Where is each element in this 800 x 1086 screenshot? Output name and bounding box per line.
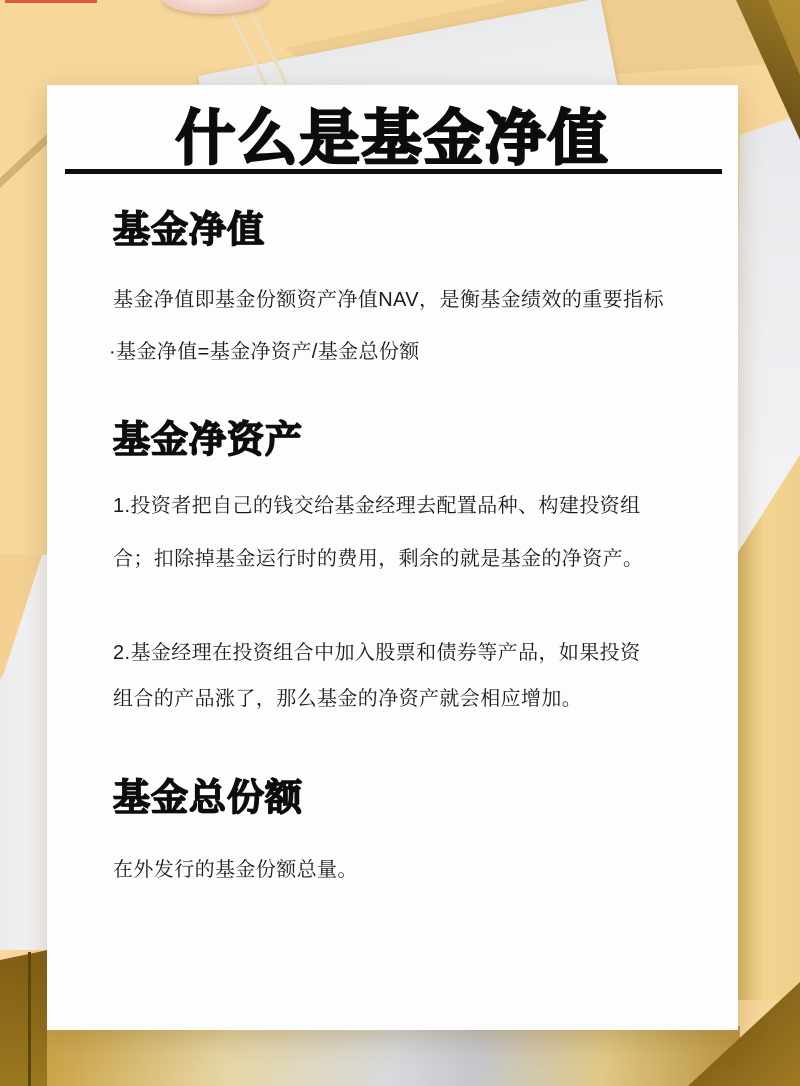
body-text-line: 在外发行的基金份额总量。: [113, 853, 358, 882]
body-text-line: 基金净值即基金份额资产净值NAV，是衡基金绩效的重要指标: [113, 283, 664, 312]
dark-gold-strip-bottom-left: [0, 948, 48, 1086]
dark-gold-strip-seam: [28, 952, 31, 1086]
body-text-line: 2.基金经理在投资组合中加入股票和债券等产品，如果投资: [113, 636, 640, 665]
section-heading-fund-nav: 基金净值: [113, 199, 265, 253]
section-heading-net-assets: 基金净资产: [113, 409, 303, 463]
page-title: 什么是基金净值: [47, 91, 738, 177]
body-text-line: 组合的产品涨了，那么基金的净资产就会相应增加。: [113, 682, 582, 711]
poster-card: 什么是基金净值 基金净值 基金净值即基金份额资产净值NAV，是衡基金绩效的重要指…: [47, 85, 738, 1030]
red-paper-strip-top: [5, 0, 97, 3]
wheat-fold-shade-left: [0, 130, 47, 190]
body-text-line: ·基金净值=基金净资产/基金总份额: [109, 335, 420, 364]
title-underline: [65, 169, 722, 174]
body-text-line: 1.投资者把自己的钱交给基金经理去配置品种、构建投资组: [113, 489, 640, 518]
gold-silver-paper-bottom: [47, 1026, 740, 1086]
section-heading-total-shares: 基金总份额: [113, 767, 303, 821]
body-text-line: 合；扣除掉基金运行时的费用，剩余的就是基金的净资产。: [113, 542, 643, 571]
